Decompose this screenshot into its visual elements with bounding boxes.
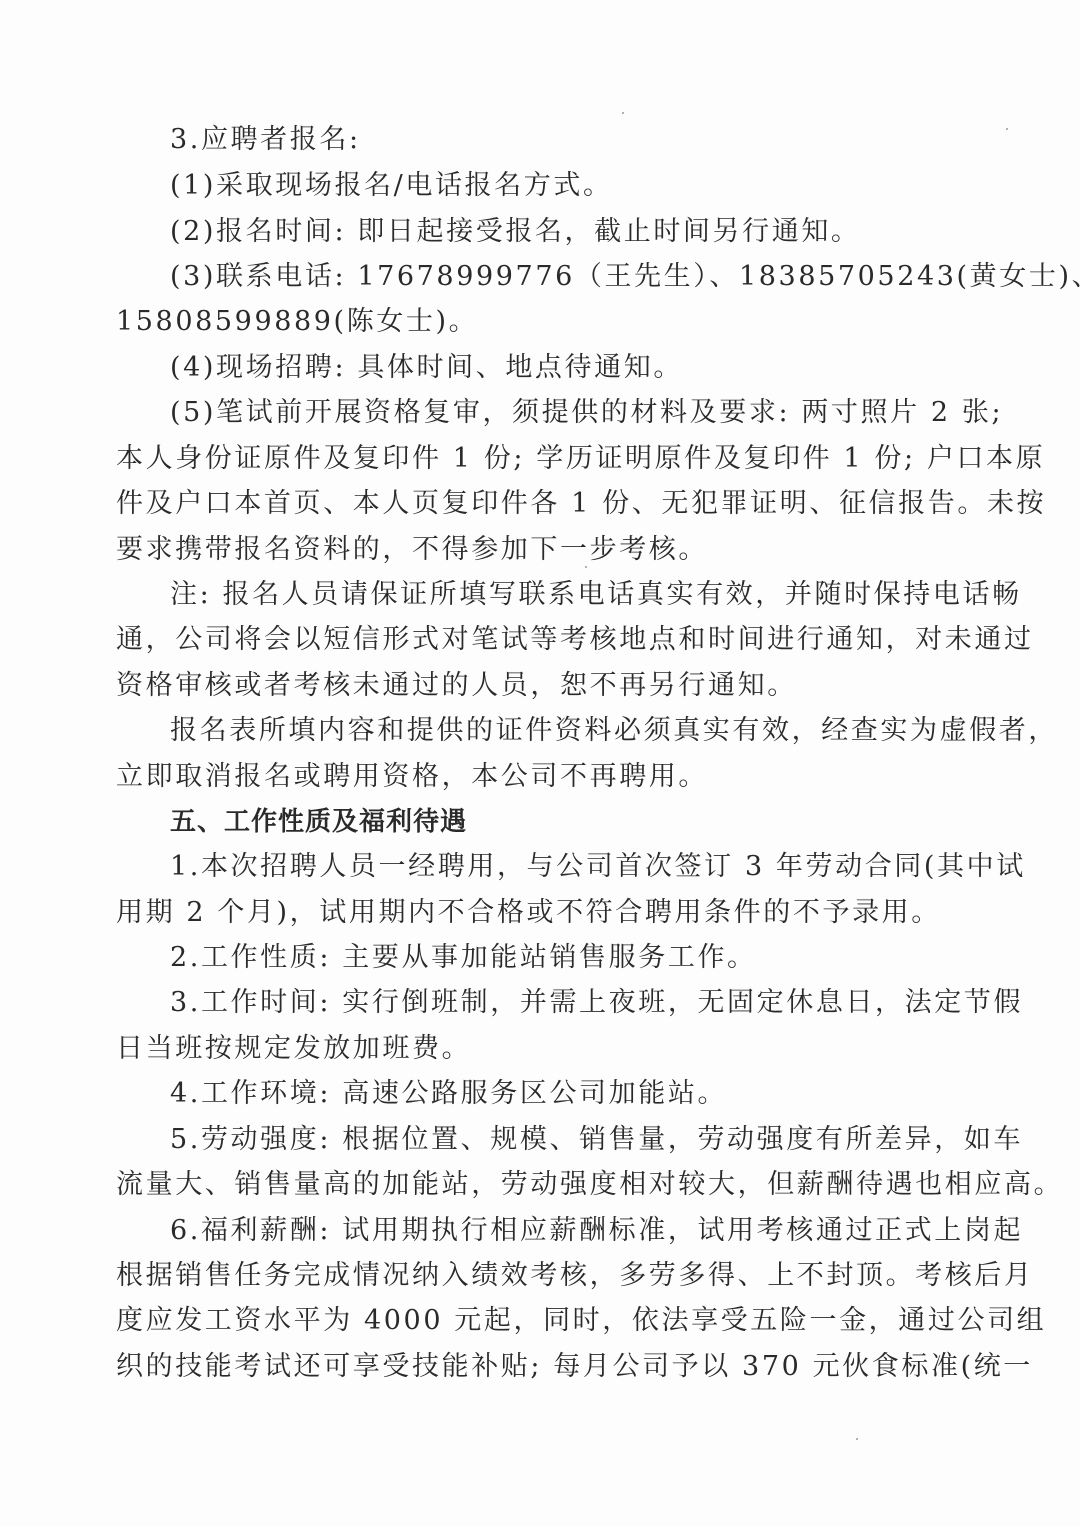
- text-line: 流量大、销售量高的加能站，劳动强度相对较大，但薪酬待遇也相应高。: [116, 1167, 968, 1203]
- text-line: 5.劳动强度: 根据位置、规模、销售量，劳动强度有所差异，如车: [170, 1122, 968, 1158]
- text-line: 通，公司将会以短信形式对笔试等考核地点和时间进行通知，对未通过: [116, 622, 968, 658]
- text-line: 注: 报名人员请保证所填写联系电话真实有效，并随时保持电话畅: [170, 577, 968, 613]
- text-line: 度应发工资水平为 4000 元起，同时，依法享受五险一金，通过公司组: [116, 1303, 968, 1339]
- text-line: 织的技能考试还可享受技能补贴; 每月公司予以 370 元伙食标准(统一: [116, 1349, 968, 1385]
- text-line: 要求携带报名资料的，不得参加下一步考核。: [116, 532, 968, 568]
- text-line: 本人身份证原件及复印件 1 份; 学历证明原件及复印件 1 份; 户口本原: [116, 441, 968, 477]
- text-line: 2.工作性质: 主要从事加能站销售服务工作。: [170, 940, 968, 976]
- text-line: 用期 2 个月)，试用期内不合格或不符合聘用条件的不予录用。: [116, 895, 968, 931]
- text-line: 日当班按规定发放加班费。: [116, 1031, 968, 1067]
- text-line: 立即取消报名或聘用资格，本公司不再聘用。: [116, 759, 968, 795]
- text-line: (2)报名时间: 即日起接受报名，截止时间另行通知。: [170, 214, 968, 250]
- scanned-document-page: 3.应聘者报名: (1)采取现场报名/电话报名方式。 (2)报名时间: 即日起接…: [0, 0, 1080, 1526]
- text-line: 3.工作时间: 实行倒班制，并需上夜班，无固定休息日，法定节假: [170, 985, 968, 1021]
- text-line: 15808599889(陈女士)。: [116, 304, 968, 340]
- text-line: 3.应聘者报名:: [170, 122, 968, 158]
- scan-speck: [1006, 128, 1008, 130]
- text-line: 1.本次招聘人员一经聘用，与公司首次签订 3 年劳动合同(其中试: [170, 849, 968, 885]
- scan-speck: [856, 1438, 858, 1440]
- section-heading: 五、工作性质及福利待遇: [170, 804, 968, 840]
- text-line: 根据销售任务完成情况纳入绩效考核，多劳多得、上不封顶。考核后月: [116, 1258, 968, 1294]
- text-line: 报名表所填内容和提供的证件资料必须真实有效，经查实为虚假者，: [170, 713, 968, 749]
- text-line: (5)笔试前开展资格复审，须提供的材料及要求: 两寸照片 2 张;: [170, 395, 968, 431]
- text-line: 6.福利薪酬: 试用期执行相应薪酬标准，试用考核通过正式上岗起: [170, 1213, 968, 1249]
- text-line: 资格审核或者考核未通过的人员，恕不再另行通知。: [116, 668, 968, 704]
- scan-speck: [622, 112, 624, 114]
- text-line: (4)现场招聘: 具体时间、地点待通知。: [170, 350, 968, 386]
- text-line: (1)采取现场报名/电话报名方式。: [170, 168, 968, 204]
- text-line: 4.工作环境: 高速公路服务区公司加能站。: [170, 1076, 968, 1112]
- text-line: (3)联系电话: 17678999776（王先生）、18385705243(黄女…: [170, 259, 968, 295]
- text-line: 件及户口本首页、本人页复印件各 1 份、无犯罪证明、征信报告。未按: [116, 486, 968, 522]
